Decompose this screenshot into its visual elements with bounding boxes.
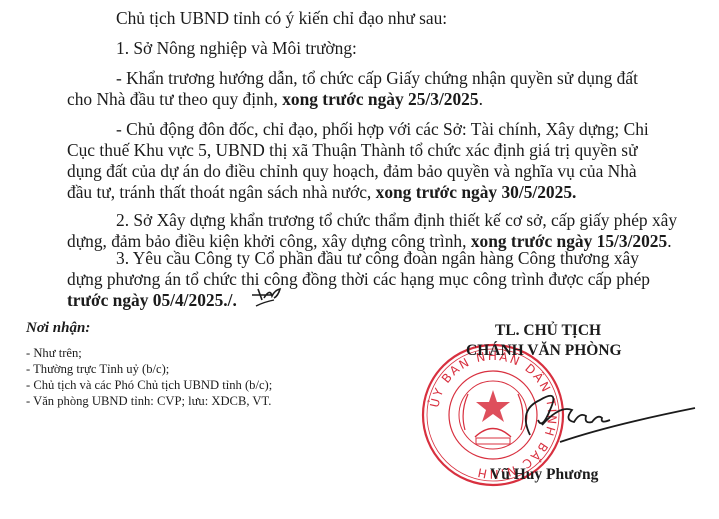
item3-line2: dựng phương án tổ chức thi công đồng thờ… (67, 269, 650, 289)
intro-text: Chủ tịch UBND tỉnh có ý kiến chỉ đạo như… (116, 8, 447, 28)
signature-title-1: TL. CHỦ TỊCH (495, 322, 601, 340)
item2-line1: 2. Sở Xây dựng khẩn trương tổ chức thẩm … (116, 210, 677, 230)
recipient-item: - Thường trực Tỉnh uỷ (b/c); (26, 361, 169, 377)
item1-sub2-line4: đầu tư, tránh thất thoát ngân sách nhà n… (67, 182, 576, 202)
deadline-25-3: xong trước ngày 25/3/2025 (282, 89, 478, 109)
handwritten-signature (520, 380, 700, 450)
signer-name: Vũ Huy Phương (490, 466, 598, 484)
signature-title-2: CHÁNH VĂN PHÒNG (466, 342, 622, 360)
text: đầu tư, tránh thất thoát ngân sách nhà n… (67, 182, 376, 202)
item1-sub2-line2: Cục thuế Khu vực 5, UBND thị xã Thuận Th… (67, 140, 638, 160)
text: . (667, 231, 671, 251)
recipient-item: - Như trên; (26, 345, 82, 361)
star-icon (476, 390, 510, 422)
text: cho Nhà đầu tư theo quy định, (67, 89, 282, 109)
deadline-30-5: xong trước ngày 30/5/2025. (376, 182, 577, 202)
initials-mark (250, 286, 290, 310)
item1-sub1-line2: cho Nhà đầu tư theo quy định, xong trước… (67, 89, 483, 109)
text: ./. (223, 290, 237, 310)
recipient-item: - Chủ tịch và các Phó Chủ tịch UBND tỉnh… (26, 377, 272, 393)
item1-sub2-line3: dụng đất của dự án do điều chỉnh quy hoạ… (67, 161, 637, 181)
recipients-title: Nơi nhận: (26, 320, 90, 337)
item3-line3: trước ngày 05/4/2025./. (67, 290, 237, 310)
recipient-item: - Văn phòng UBND tỉnh: CVP; lưu: XDCB, V… (26, 393, 271, 409)
item3-line1: 3. Yêu cầu Công ty Cổ phần đầu tư công đ… (116, 248, 639, 268)
text: . (479, 89, 483, 109)
deadline-05-4: trước ngày 05/4/2025 (67, 290, 223, 310)
item1-sub2-line1: - Chủ động đôn đốc, chỉ đạo, phối hợp vớ… (116, 119, 649, 139)
item1-sub1-line1: - Khẩn trương hướng dẫn, tổ chức cấp Giấ… (116, 68, 638, 88)
item1-title: 1. Sở Nông nghiệp và Môi trường: (116, 38, 357, 58)
